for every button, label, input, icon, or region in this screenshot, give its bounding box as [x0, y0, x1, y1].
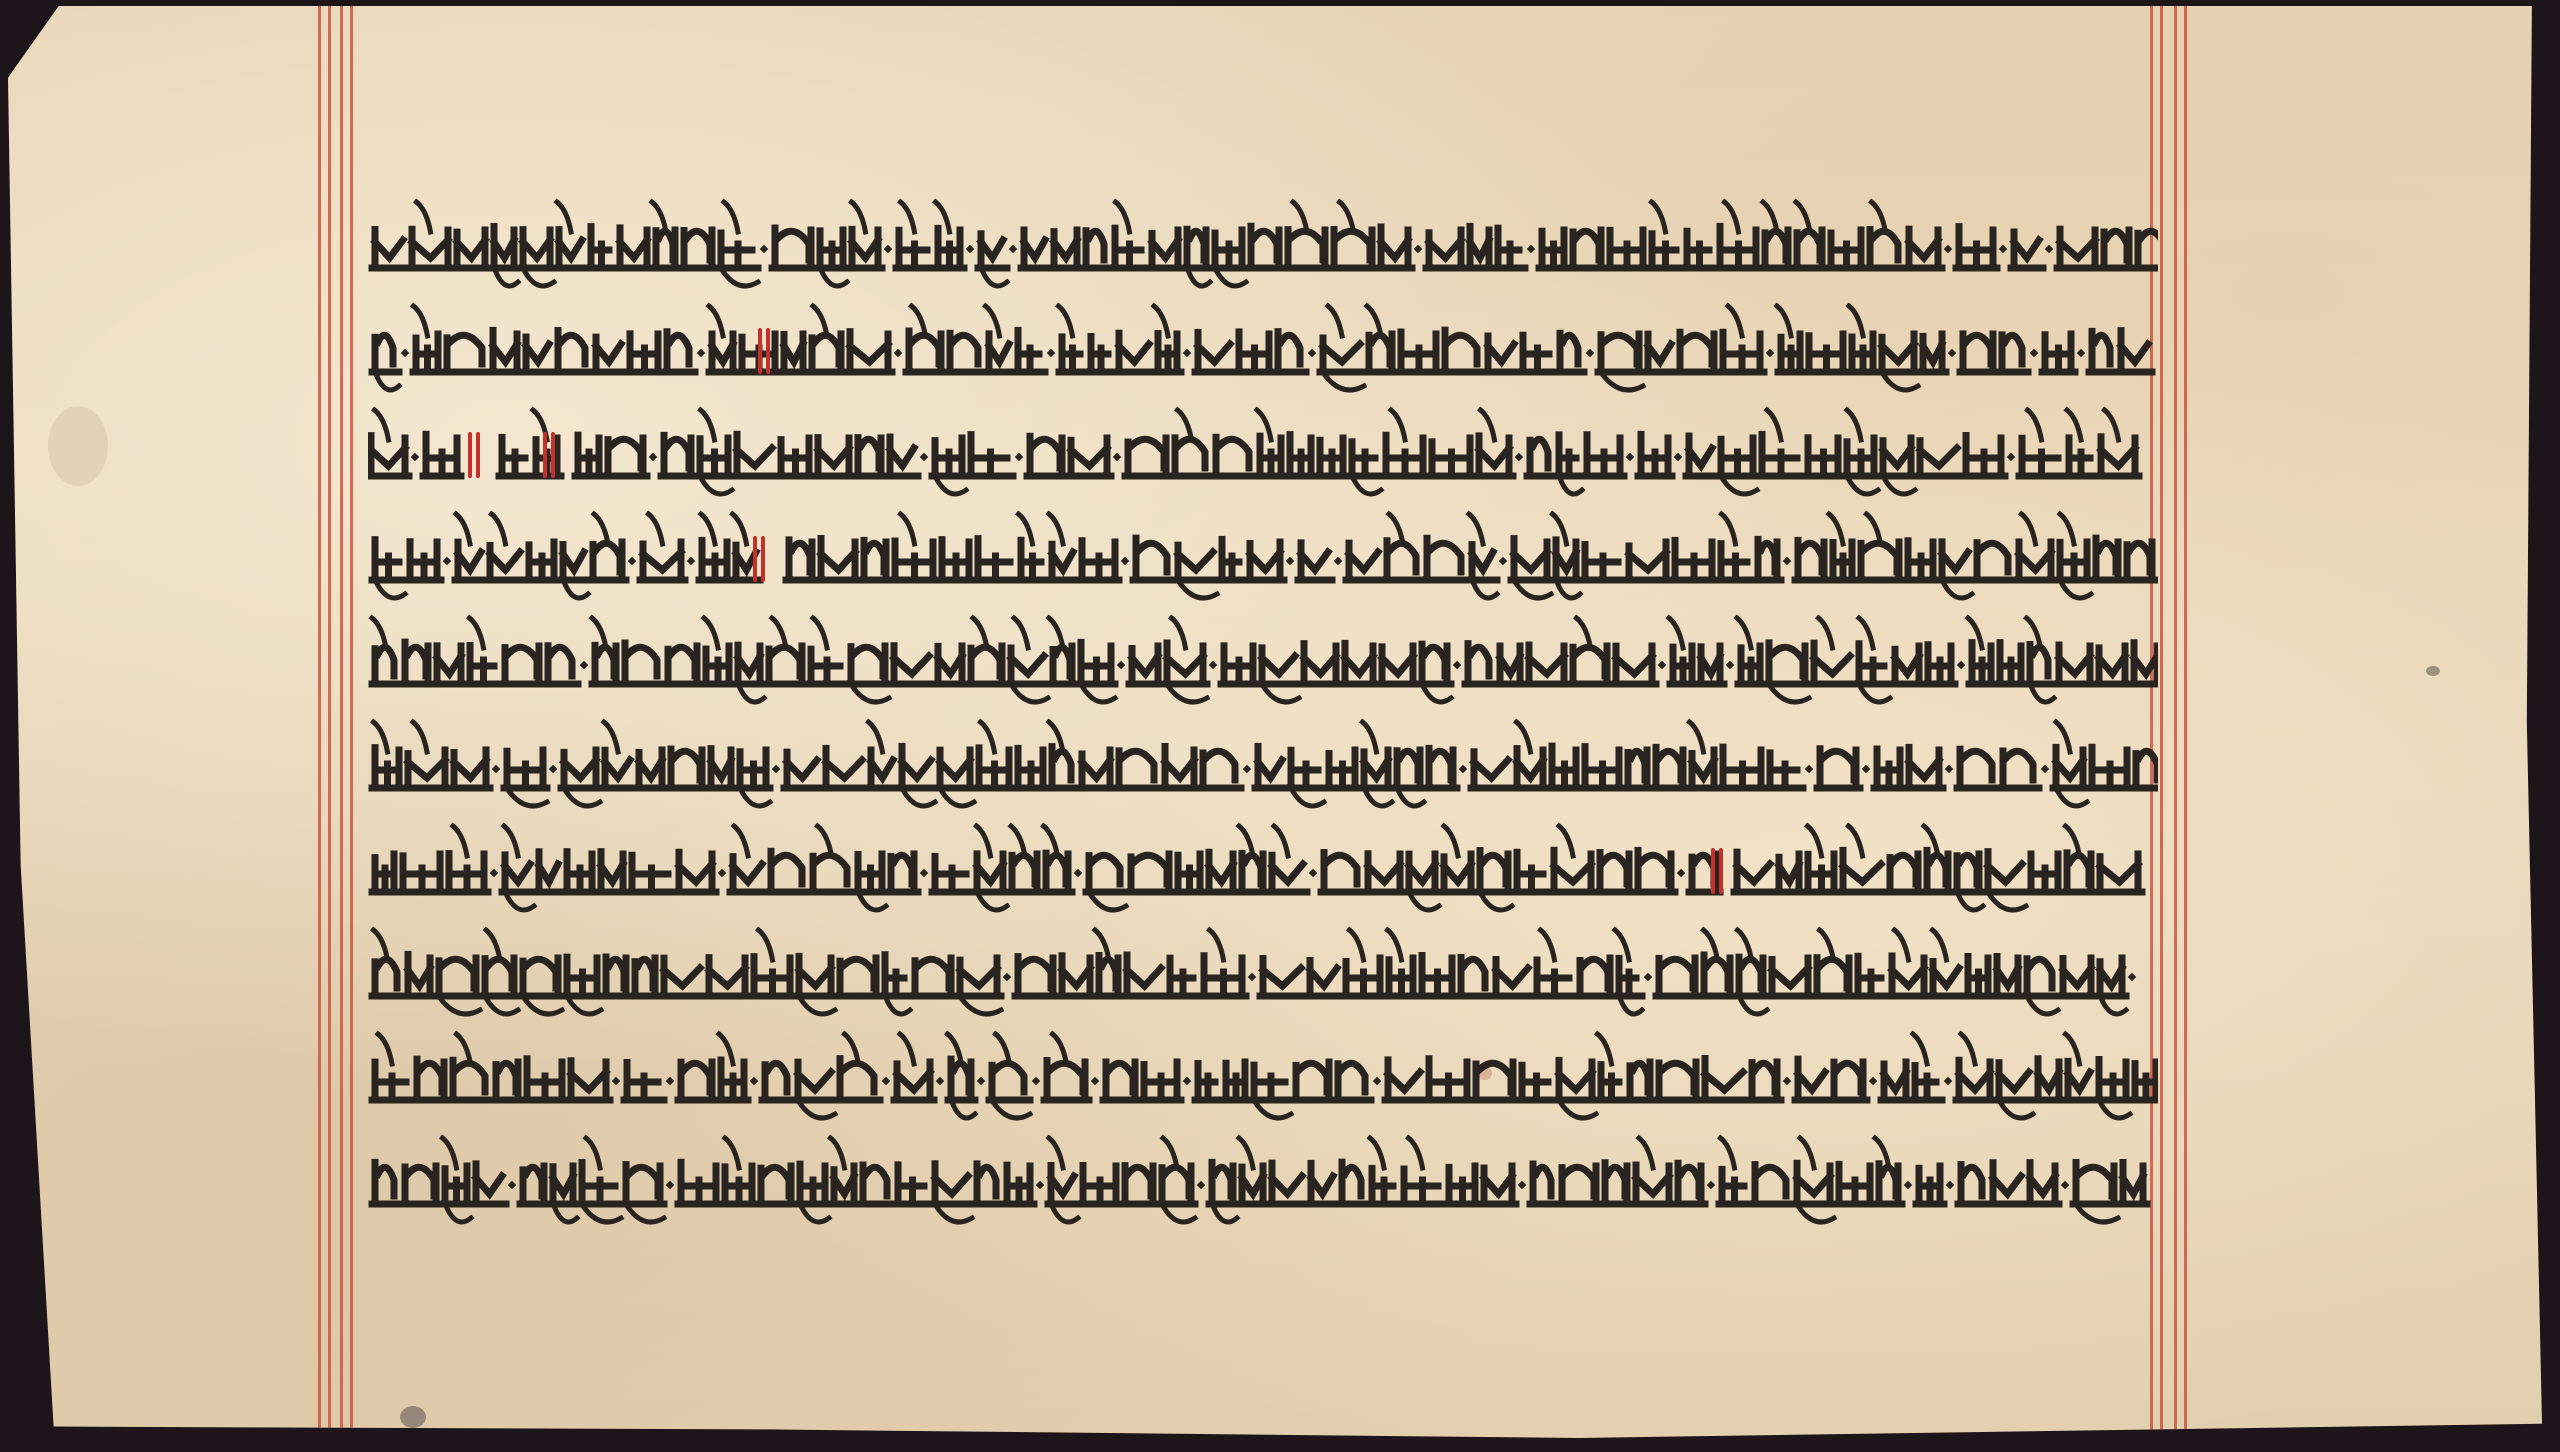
script-glyphs — [368, 1028, 2158, 1132]
manuscript-line — [368, 924, 2158, 1028]
script-glyphs — [368, 508, 2158, 612]
script-glyphs — [368, 612, 2158, 716]
manuscript-line — [368, 612, 2158, 716]
ruling-line — [318, 6, 321, 1438]
ruling-line — [340, 6, 343, 1438]
manuscript-text-block — [368, 196, 2158, 1236]
left-margin-ruling — [318, 6, 360, 1438]
manuscript-line — [368, 716, 2158, 820]
script-glyphs — [368, 1132, 2158, 1236]
manuscript-folio: Manuscript folio, 10 lines of inverted D… — [8, 6, 2542, 1438]
ruling-line — [2184, 6, 2187, 1438]
red-double-danda-mark — [543, 432, 557, 478]
script-glyphs — [368, 820, 2158, 924]
manuscript-line — [368, 300, 2158, 404]
manuscript-line — [368, 404, 2158, 508]
script-glyphs — [368, 404, 2158, 508]
ruling-line — [350, 6, 353, 1438]
ruling-line — [2174, 6, 2177, 1438]
red-double-danda-mark — [468, 432, 482, 478]
red-double-danda-mark — [1711, 848, 1725, 894]
script-glyphs — [368, 924, 2158, 1028]
red-double-danda-mark — [758, 328, 772, 374]
manuscript-line — [368, 196, 2158, 300]
script-glyphs — [368, 300, 2158, 404]
ink-stain — [400, 1406, 426, 1428]
manuscript-line — [368, 1028, 2158, 1132]
water-stain — [48, 406, 108, 486]
manuscript-line — [368, 508, 2158, 612]
script-glyphs — [368, 196, 2158, 300]
red-double-danda-mark — [753, 536, 767, 582]
ruling-line — [2160, 6, 2163, 1438]
ink-stain — [2426, 666, 2440, 676]
manuscript-line — [368, 820, 2158, 924]
ruling-line — [328, 6, 331, 1438]
manuscript-line — [368, 1132, 2158, 1236]
script-glyphs — [368, 716, 2158, 820]
